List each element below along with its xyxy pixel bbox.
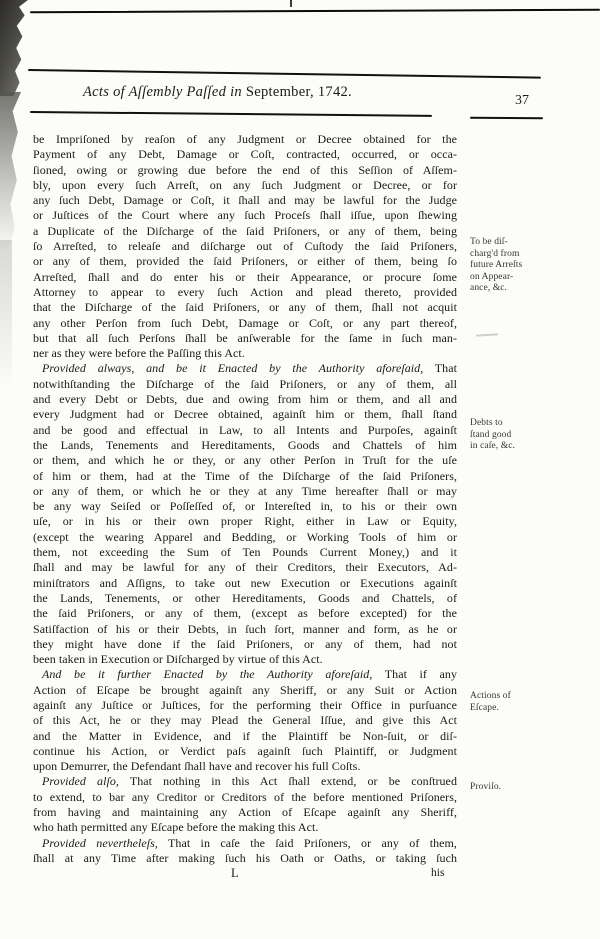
text-line: any other Perſon from ſuch Debt, Damage … (33, 316, 457, 331)
margin-note-line: on Appear- (470, 272, 550, 284)
text-line: be any way Seiſed or Poſſeſſed of, or In… (33, 499, 457, 514)
text-line: be Impriſoned by reaſon of any Judgment … (33, 132, 457, 147)
text-line: of this Act, he or they may Plead the Ge… (33, 713, 457, 728)
margin-note-line: To be diſ- (470, 237, 550, 249)
text-line: upon Demurrer, the Defendant ſhall have … (33, 759, 457, 774)
text-line: And be it further Enacted by the Authori… (33, 667, 457, 682)
scan-edge-tail (0, 240, 12, 390)
text-line: the ſaid Priſoners, or any of them, (exc… (33, 606, 457, 621)
text-line: or Juſtices of the Court where any ſuch … (33, 208, 457, 223)
margin-note: To be diſ-charg'd fromfuture Arreſtson A… (470, 237, 550, 295)
signature-row: Lhis (33, 866, 457, 882)
text-line: been taken in Execution or Diſcharged by… (33, 652, 457, 667)
text-line: or any of them, or which he or they at a… (33, 484, 457, 499)
header-rule-bottom-right (470, 117, 543, 119)
text-line: and be good and effectual in Law, to all… (33, 423, 457, 438)
margin-note-line: Proviſo. (470, 782, 550, 794)
press-signature-mark: L (231, 866, 239, 881)
margin-note: Proviſo. (470, 782, 550, 794)
text-line: or them, and which he or they, or any ot… (33, 453, 457, 468)
text-line: any ſuch Debt, Damage or Coſt, it ſhall … (33, 193, 457, 208)
text-line: the Lands, Tenements, or other Hereditam… (33, 591, 457, 606)
scan-speck (290, 0, 292, 7)
text-line: ſo Arreſted, to releaſe and diſcharge ou… (33, 239, 457, 254)
margin-note: Debts toſtand goodin caſe, &c. (470, 418, 550, 453)
header-title-italic: Acts of Aſſembly Paſſed in (83, 84, 242, 100)
header-title-roman: September, 1742. (242, 84, 352, 100)
text-line: that the Diſcharge of the ſaid Priſoners… (33, 300, 457, 315)
scan-speck (476, 333, 498, 336)
text-column: be Impriſoned by reaſon of any Judgment … (33, 132, 457, 882)
header-rule-top (28, 69, 541, 79)
text-line: Arreſted, ſhall and do enter his or thei… (33, 270, 457, 285)
text-line: Attorney to appear to every ſuch Action … (33, 285, 457, 300)
catchword: his (431, 867, 444, 879)
text-line: them, not exceeding the Sum of Ten Pound… (33, 545, 457, 560)
scan-edge-artifact (0, 0, 28, 96)
margin-note: Actions ofEſcape. (470, 691, 550, 714)
text-line: but that all ſuch Perſons ſhall be anſwe… (33, 331, 457, 346)
margin-note-line: ſtand good (470, 430, 550, 442)
margin-note-line: future Arreſts (470, 260, 550, 272)
text-line: or any of them, provided the ſaid Priſon… (33, 254, 457, 269)
text-line: and every Debt or Debts, due and owing f… (33, 392, 457, 407)
text-line: ſhall and may be lawful for any of their… (33, 560, 457, 575)
margin-note-line: Eſcape. (470, 703, 550, 715)
text-line: they might have done if the ſaid Priſone… (33, 637, 457, 652)
text-line: every Judgment had or Decree obtained, a… (33, 407, 457, 422)
text-line: Payment of any Debt, Damage or Coſt, con… (33, 147, 457, 162)
text-line: and the Matter in Evidence, and if the P… (33, 729, 457, 744)
margin-note-line: ance, &c. (470, 283, 550, 295)
top-edge-line (30, 9, 600, 13)
running-header-title: Acts of Aſſembly Paſſed in September, 17… (83, 84, 352, 101)
text-line: againſt any Juſtice or Juſtices, for the… (33, 698, 457, 713)
page-number: 37 (515, 93, 529, 109)
italic-lead-in: Provided alſo, (42, 774, 119, 788)
document-page: Acts of Aſſembly Paſſed in September, 17… (0, 0, 600, 939)
text-line: uſe, or in his or their own proper Right… (33, 514, 457, 529)
text-line: Provided always, and be it Enacted by th… (33, 361, 457, 376)
text-line: to extend, to bar any Creditor or Credit… (33, 790, 457, 805)
scan-edge-fade (0, 92, 21, 252)
text-line: miniſtrators and Aſſigns, to take out ne… (33, 576, 457, 591)
margin-note-line: charg'd from (470, 249, 550, 261)
header-rule-bottom-left (30, 111, 432, 117)
text-line: bly, upon every ſuch Arreſt, on any ſuch… (33, 178, 457, 193)
text-line: Satiſfaction of his or their Debts, in ſ… (33, 622, 457, 637)
margin-note-line: Actions of (470, 691, 550, 703)
italic-lead-in: Provided nevertheleſs, (42, 836, 158, 850)
text-line: ſhall at any Time after making ſuch his … (33, 851, 457, 866)
margin-note-line: in caſe, &c. (470, 441, 550, 453)
text-line: ner as they were before the Paſſing this… (33, 346, 457, 361)
text-line: ſioned, owing or growing due before the … (33, 163, 457, 178)
italic-lead-in: Provided always, and be it Enacted by th… (42, 361, 423, 375)
text-line: a Duplicate of the Diſcharge of the ſaid… (33, 224, 457, 239)
text-line: Provided alſo, That nothing in this Act … (33, 774, 457, 789)
text-line: continue his Action, or Verdict paſs aga… (33, 744, 457, 759)
text-line: the Lands, Tenements and Hereditaments, … (33, 438, 457, 453)
text-line: Provided nevertheleſs, That in caſe the … (33, 836, 457, 851)
text-line: of him or them, had at the Time of the D… (33, 469, 457, 484)
text-line: (except the wearing Apparel and Bedding,… (33, 530, 457, 545)
text-line: Action of Eſcape be brought againſt any … (33, 683, 457, 698)
text-line: who hath permitted any Eſcape before the… (33, 820, 457, 835)
text-line: notwithſtanding the Diſcharge of the ſai… (33, 377, 457, 392)
margin-note-line: Debts to (470, 418, 550, 430)
text-line: from having and maintaining any Action o… (33, 805, 457, 820)
italic-lead-in: And be it further Enacted by the Authori… (42, 667, 372, 681)
